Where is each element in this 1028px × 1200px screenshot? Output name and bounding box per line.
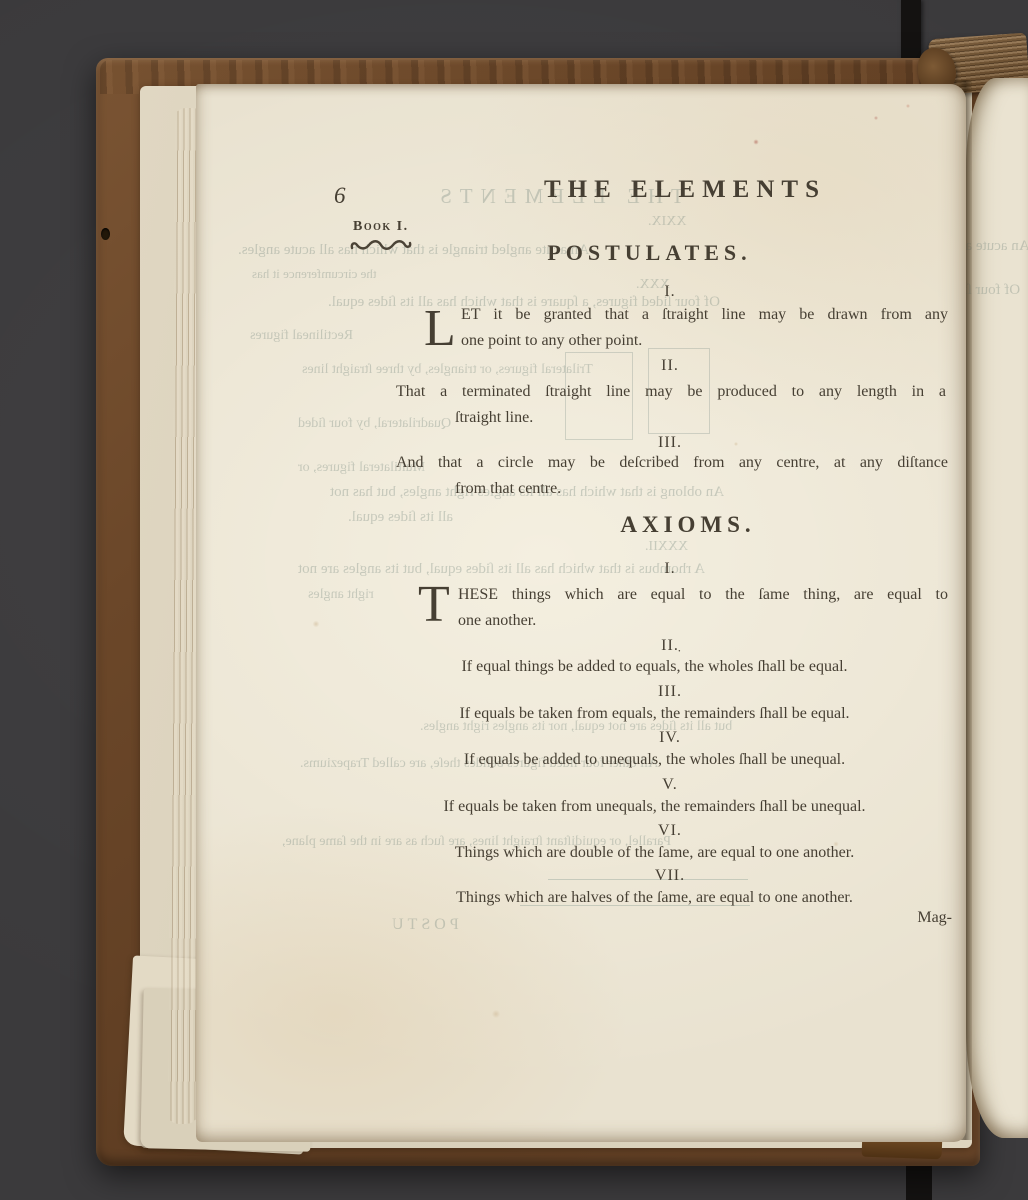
axiom-7-line: Things which are halves of the ſame, are… bbox=[382, 889, 927, 907]
cover-worm-hole bbox=[101, 228, 110, 240]
flourish-squiggle bbox=[349, 235, 413, 260]
show-through-text: Rectilineal figures bbox=[250, 328, 353, 344]
book-stand-strap-top bbox=[901, 0, 921, 66]
show-through-text: right angles bbox=[308, 587, 374, 603]
catchword: Mag- bbox=[860, 909, 952, 927]
axiom-6-line: Things which are double of the ſame, are… bbox=[382, 844, 927, 862]
axiom-2-line: If equal things be added to equals, the … bbox=[382, 658, 927, 676]
right-page-curl: An acute an Of four ſid bbox=[966, 78, 1028, 1138]
postulate-1-line-2: one point to any other point. bbox=[461, 332, 642, 350]
running-title: Book I. bbox=[353, 219, 409, 235]
postulate-3-numeral: III. bbox=[400, 434, 940, 452]
axiom-1-line-1: HESE things which are equal to the ſame … bbox=[458, 586, 948, 604]
postulate-3-line-1: And that a circle may be deſcribed from … bbox=[396, 454, 948, 472]
show-through-text: An acute an bbox=[966, 238, 1028, 255]
postulate-3-line-2: from that centre. bbox=[455, 480, 561, 498]
postulate-2-line-1: That a terminated ſtraight line may be p… bbox=[396, 383, 946, 401]
axiom-4-line: If equals be added to unequals, the whol… bbox=[382, 751, 927, 769]
dropcap-L: L bbox=[424, 309, 456, 350]
axiom-1-line-2: one another. bbox=[458, 612, 536, 630]
show-through-text: Quadrilateral, by four ſided bbox=[298, 416, 451, 432]
show-through-text: Of four ſid bbox=[966, 282, 1020, 299]
postulate-2-numeral: II. bbox=[400, 357, 940, 375]
dropcap-T: T bbox=[418, 585, 450, 626]
show-through-text: all its ſides equal. bbox=[348, 509, 453, 526]
show-through-text: POSTU bbox=[388, 916, 459, 934]
axiom-3-line: If equals be taken from equals, the rema… bbox=[382, 705, 927, 723]
show-through-text: the circumference it has bbox=[252, 266, 377, 282]
axiom-4-numeral: IV. bbox=[400, 729, 940, 747]
axiom-5-line: If equals be taken from unequals, the re… bbox=[382, 798, 927, 816]
page-header: THE ELEMENTS bbox=[540, 176, 830, 204]
footnote-mark: ˙ bbox=[677, 648, 683, 654]
page-number: 6 bbox=[334, 183, 346, 209]
postulate-2-line-2: ſtraight line. bbox=[455, 409, 533, 427]
show-through-text: XXIX. bbox=[648, 214, 687, 230]
axiom-1-numeral: I. bbox=[400, 560, 940, 578]
axiom-3-numeral: III. bbox=[400, 683, 940, 701]
axiom-6-numeral: VI. bbox=[400, 822, 940, 840]
axiom-2-numeral: II. bbox=[400, 637, 940, 655]
show-through-text: An acute angled triangle is that which h… bbox=[238, 242, 589, 259]
photo-backdrop: { "photo": { "backdrop_color": "#3b3a3c"… bbox=[0, 0, 1028, 1200]
show-through-text: XXXII. bbox=[645, 539, 688, 555]
axiom-5-numeral: V. bbox=[400, 776, 940, 794]
postulate-1-line-1: ET it be granted that a ſtraight line ma… bbox=[461, 306, 948, 324]
section-heading-axioms: AXIOMS. bbox=[612, 512, 764, 538]
section-heading-postulates: POSTULATES. bbox=[542, 240, 757, 266]
axiom-7-numeral: VII. bbox=[400, 867, 940, 885]
postulate-1-numeral: I. bbox=[400, 283, 940, 301]
